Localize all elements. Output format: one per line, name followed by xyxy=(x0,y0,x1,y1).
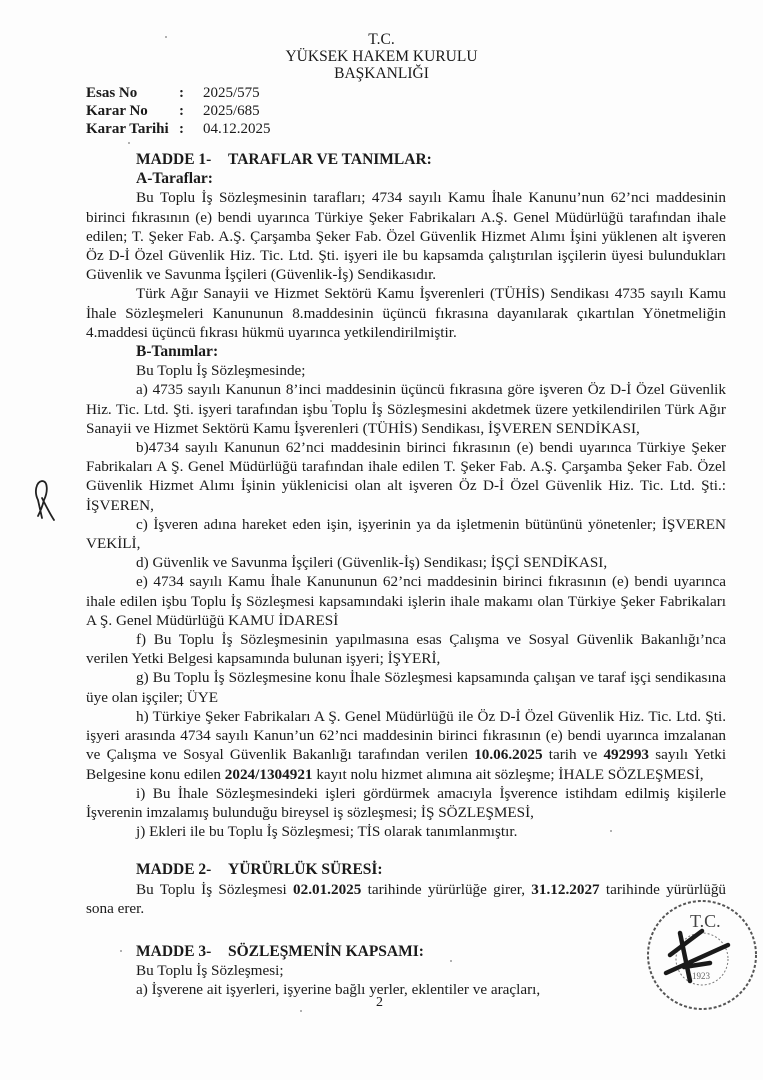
madde2-paragraph: Bu Toplu İş Sözleşmesi 02.01.2025 tarihi… xyxy=(86,880,726,918)
definition-g: g) Bu Toplu İş Sözleşmesine konu İhale S… xyxy=(86,668,726,706)
header-institution: YÜKSEK HAKEM KURULU xyxy=(0,48,763,66)
definition-h: h) Türkiye Şeker Fabrikaları A Ş. Genel … xyxy=(86,707,726,784)
svg-text:1923: 1923 xyxy=(692,971,711,981)
meta-value: 2025/575 xyxy=(203,85,260,101)
handwritten-initial-icon xyxy=(28,478,58,522)
start-date: 02.01.2025 xyxy=(293,881,361,898)
meta-label: Karar Tarihi xyxy=(86,120,179,138)
stamp-text: T.C. xyxy=(690,911,721,931)
document-body: MADDE 1-TARAFLAR VE TANIMLAR: A-Taraflar… xyxy=(86,150,726,1000)
madde1-a-paragraph-2: Türk Ağır Sanayii ve Hizmet Sektörü Kamu… xyxy=(86,284,726,342)
definition-b: b)4734 sayılı Kanunun 62’nci maddesinin … xyxy=(86,438,726,515)
madde1-b-intro: Bu Toplu İş Sözleşmesinde; xyxy=(86,361,726,380)
meta-label: Karar No xyxy=(86,102,179,120)
definition-d: d) Güvenlik ve Savunma İşçileri (Güvenli… xyxy=(86,553,726,572)
madde1-a-heading: A-Taraflar: xyxy=(86,169,726,188)
meta-label: Esas No xyxy=(86,84,179,102)
definition-c: c) İşveren adına hareket eden işin, işye… xyxy=(86,515,726,553)
madde1-b-heading: B-Tanımlar: xyxy=(86,342,726,361)
page-number: 2 xyxy=(376,995,383,1011)
definition-a: a) 4735 sayılı Kanunun 8’inci maddesinin… xyxy=(86,380,726,438)
meta-karar-tarihi: Karar Tarihi:04.12.2025 xyxy=(86,120,271,138)
definition-e: e) 4734 sayılı Kamu İhale Kanununun 62’n… xyxy=(86,572,726,630)
official-stamp-icon: T.C. 1923 xyxy=(640,893,760,1013)
madde3-intro: Bu Toplu İş Sözleşmesi; xyxy=(86,961,726,980)
meta-value: 2025/685 xyxy=(203,103,260,119)
header-presidency: BAŞKANLIĞI xyxy=(0,65,763,83)
authorization-number: 492993 xyxy=(603,746,649,763)
end-date: 31.12.2027 xyxy=(531,881,599,898)
header-tc: T.C. xyxy=(0,31,763,49)
madde1-heading: MADDE 1-TARAFLAR VE TANIMLAR: xyxy=(86,150,726,169)
authorization-date: 10.06.2025 xyxy=(474,746,542,763)
madde3-item-a: a) İşverene ait işyerleri, işyerine bağl… xyxy=(86,980,726,999)
meta-karar-no: Karar No:2025/685 xyxy=(86,102,260,120)
registry-number: 2024/1304921 xyxy=(225,766,313,783)
definition-f: f) Bu Toplu İş Sözleşmesinin yapılmasına… xyxy=(86,630,726,668)
document-page: T.C. YÜKSEK HAKEM KURULU BAŞKANLIĞI Esas… xyxy=(0,0,763,1080)
meta-value: 04.12.2025 xyxy=(203,121,271,137)
madde2-heading: MADDE 2-YÜRÜRLÜK SÜRESİ: xyxy=(86,860,726,879)
definition-j: j) Ekleri ile bu Toplu İş Sözleşmesi; Tİ… xyxy=(86,822,726,841)
meta-esas-no: Esas No:2025/575 xyxy=(86,84,260,102)
madde3-heading: MADDE 3-SÖZLEŞMENİN KAPSAMI: xyxy=(86,942,726,961)
definition-i: i) Bu İhale Sözleşmesindeki işleri gördü… xyxy=(86,784,726,822)
madde1-a-paragraph-1: Bu Toplu İş Sözleşmesinin tarafları; 473… xyxy=(86,188,726,284)
